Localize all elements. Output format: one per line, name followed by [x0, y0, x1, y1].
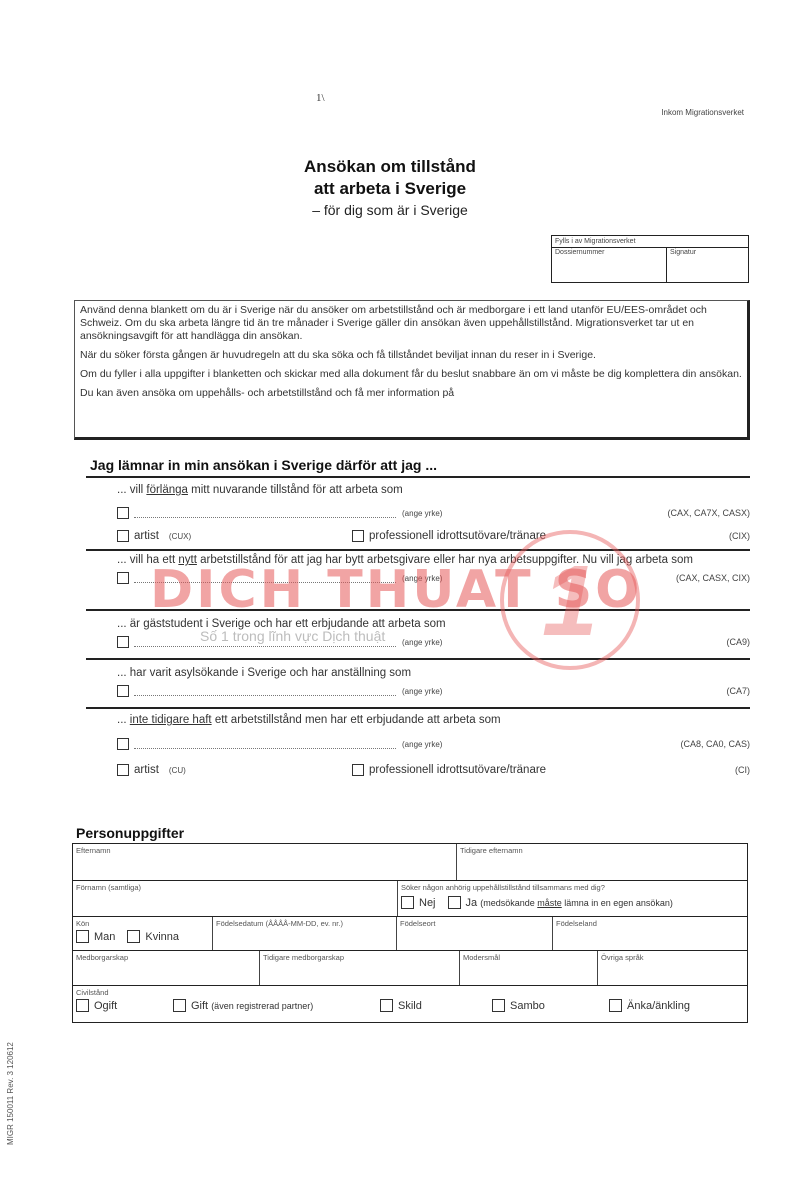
divider — [86, 549, 750, 551]
mother-tongue-field[interactable]: Modersmål — [460, 951, 598, 985]
married-checkbox[interactable] — [173, 999, 186, 1012]
yes-label: Ja — [466, 897, 478, 909]
yes-checkbox[interactable] — [448, 896, 461, 909]
athlete-checkbox[interactable] — [352, 530, 364, 542]
occupation-input[interactable] — [134, 739, 396, 749]
info-paragraph: Du kan även ansöka om uppehålls- och arb… — [80, 387, 742, 400]
reason-guest-student: ... är gäststudent i Sverige och har ett… — [117, 617, 750, 652]
received-stamp-label: Inkom Migrationsverket — [661, 108, 744, 117]
reason-text: ... vill ha ett — [117, 554, 178, 566]
divider — [86, 707, 750, 709]
signature-field[interactable]: Signatur — [667, 248, 699, 282]
athlete-checkbox[interactable] — [352, 764, 364, 776]
case-code: (CA7) — [726, 686, 750, 696]
female-checkbox[interactable] — [127, 930, 140, 943]
corner-mark: 1\ — [316, 92, 325, 104]
field-label: Födelseland — [556, 919, 597, 928]
divorced-label: Skild — [398, 1000, 422, 1012]
personal-details-table: Efternamn Tidigare efternamn Förnamn (sa… — [72, 843, 748, 1023]
surname-field[interactable]: Efternamn — [73, 844, 457, 880]
reason-text: ... är gäststudent i Sverige och har ett… — [117, 617, 750, 632]
reason-new-permit: ... vill ha ett nytt arbetstillstånd för… — [117, 553, 750, 588]
occupation-checkbox[interactable] — [117, 572, 129, 584]
reason-emphasis: nytt — [178, 554, 197, 566]
field-label: Söker någon anhörig uppehållstillstånd t… — [401, 883, 744, 892]
hint-label: (ange yrke) — [402, 638, 442, 647]
field-label: Efternamn — [76, 846, 111, 855]
married-label: Gift — [191, 1000, 208, 1012]
artist-checkbox[interactable] — [117, 764, 129, 776]
hint-label: (ange yrke) — [402, 687, 442, 696]
divider — [86, 476, 750, 478]
birth-place-field[interactable]: Födelseort — [397, 917, 553, 950]
office-use-header: Fylls i av Migrationsverket — [552, 236, 748, 248]
occupation-input[interactable] — [134, 508, 396, 518]
field-label: Kön — [76, 919, 209, 928]
married-note: (även registrerad partner) — [211, 1001, 313, 1011]
info-paragraph: När du söker första gången är huvudregel… — [80, 349, 742, 362]
reason-extend: ... vill förlänga mitt nuvarande tillstå… — [117, 483, 750, 546]
info-paragraph: Om du fyller i alla uppgifter i blankett… — [80, 368, 742, 381]
previous-citizenship-field[interactable]: Tidigare medborgarskap — [260, 951, 460, 985]
widowed-label: Änka/änkling — [627, 1000, 690, 1012]
no-checkbox[interactable] — [401, 896, 414, 909]
field-label: Födelseort — [400, 919, 435, 928]
info-box: Använd denna blankett om du är i Sverige… — [74, 300, 750, 440]
occupation-checkbox[interactable] — [117, 636, 129, 648]
divider — [86, 609, 750, 611]
previous-surname-field[interactable]: Tidigare efternamn — [457, 844, 747, 880]
athlete-label: professionell idrottsutövare/tränare — [369, 764, 546, 776]
section-personal-title: Personuppgifter — [76, 825, 184, 841]
occupation-input[interactable] — [134, 637, 396, 647]
field-label: Tidigare efternamn — [460, 846, 523, 855]
reason-emphasis: inte tidigare haft — [130, 714, 212, 726]
subtitle: – för dig som är i Sverige — [280, 200, 500, 220]
case-code: (CAX, CASX, CIX) — [676, 573, 750, 583]
gender-field: Kön Man Kvinna — [73, 917, 213, 950]
birth-date-field[interactable]: Födelsedatum (ÅÅÅÅ-MM-DD, ev. nr.) — [213, 917, 397, 950]
occupation-input[interactable] — [134, 573, 396, 583]
occupation-checkbox[interactable] — [117, 507, 129, 519]
divider — [86, 658, 750, 660]
artist-label: artist — [134, 530, 159, 542]
widowed-checkbox[interactable] — [609, 999, 622, 1012]
form-code: MIGR 150011 Rev. 3 120612 — [6, 1042, 15, 1145]
field-label: Förnamn (samtliga) — [76, 883, 141, 892]
male-label: Man — [94, 931, 115, 943]
field-label: Modersmål — [463, 953, 500, 962]
male-checkbox[interactable] — [76, 930, 89, 943]
reason-first-permit: ... inte tidigare haft ett arbetstillstå… — [117, 713, 750, 780]
occupation-input[interactable] — [134, 686, 396, 696]
no-label: Nej — [419, 897, 436, 909]
female-label: Kvinna — [145, 931, 179, 943]
field-label: Övriga språk — [601, 953, 644, 962]
reason-text: arbetstillstånd för att jag har bytt arb… — [197, 554, 693, 566]
relatives-question: Söker någon anhörig uppehållstillstånd t… — [398, 881, 747, 916]
citizenship-field[interactable]: Medborgarskap — [73, 951, 260, 985]
cohabiting-checkbox[interactable] — [492, 999, 505, 1012]
athlete-label: professionell idrottsutövare/tränare — [369, 530, 546, 542]
artist-label: artist — [134, 764, 159, 776]
first-names-field[interactable]: Förnamn (samtliga) — [73, 881, 398, 916]
case-code: (CI) — [735, 765, 750, 775]
reason-text: ... — [117, 714, 130, 726]
divorced-checkbox[interactable] — [380, 999, 393, 1012]
case-code: (CU) — [169, 766, 186, 775]
form-title: Ansökan om tillstånd att arbeta i Sverig… — [280, 156, 500, 220]
case-code: (CIX) — [729, 531, 750, 541]
field-label: Födelsedatum (ÅÅÅÅ-MM-DD, ev. nr.) — [216, 919, 343, 928]
reason-emphasis: förlänga — [146, 484, 188, 496]
birth-country-field[interactable]: Födelseland — [553, 917, 747, 950]
other-languages-field[interactable]: Övriga språk — [598, 951, 747, 985]
cohabiting-label: Sambo — [510, 1000, 545, 1012]
reason-text: mitt nuvarande tillstånd för att arbeta … — [188, 484, 403, 496]
section-reason-title: Jag lämnar in min ansökan i Sverige därf… — [90, 457, 437, 473]
unmarried-label: Ogift — [94, 1000, 117, 1012]
case-code: (CA9) — [726, 637, 750, 647]
reason-asylum-seeker: ... har varit asylsökande i Sverige och … — [117, 666, 750, 701]
field-label: Tidigare medborgarskap — [263, 953, 344, 962]
yes-note: (medsökande måste lämna in en egen ansök… — [480, 898, 673, 908]
hint-label: (ange yrke) — [402, 509, 442, 518]
marital-status-field: Civilstånd Ogift Gift (även registrerad … — [73, 986, 747, 1022]
unmarried-checkbox[interactable] — [76, 999, 89, 1012]
reason-text: ... har varit asylsökande i Sverige och … — [117, 666, 750, 681]
hint-label: (ange yrke) — [402, 574, 442, 583]
office-use-box: Fylls i av Migrationsverket Dossiernumme… — [551, 235, 749, 283]
occupation-checkbox[interactable] — [117, 685, 129, 697]
artist-checkbox[interactable] — [117, 530, 129, 542]
field-label: Civilstånd — [76, 988, 744, 997]
reason-text: ett arbetstillstånd men har ett erbjudan… — [212, 714, 501, 726]
hint-label: (ange yrke) — [402, 740, 442, 749]
case-code: (CA8, CA0, CAS) — [680, 739, 750, 749]
occupation-checkbox[interactable] — [117, 738, 129, 750]
title-line-2: att arbeta i Sverige — [280, 178, 500, 200]
case-code: (CAX, CA7X, CASX) — [667, 508, 750, 518]
reason-text: ... vill — [117, 484, 146, 496]
field-label: Medborgarskap — [76, 953, 128, 962]
dossier-number-field[interactable]: Dossiernummer — [552, 248, 667, 282]
info-paragraph: Använd denna blankett om du är i Sverige… — [80, 304, 742, 343]
case-code: (CUX) — [169, 532, 191, 541]
title-line-1: Ansökan om tillstånd — [280, 156, 500, 178]
